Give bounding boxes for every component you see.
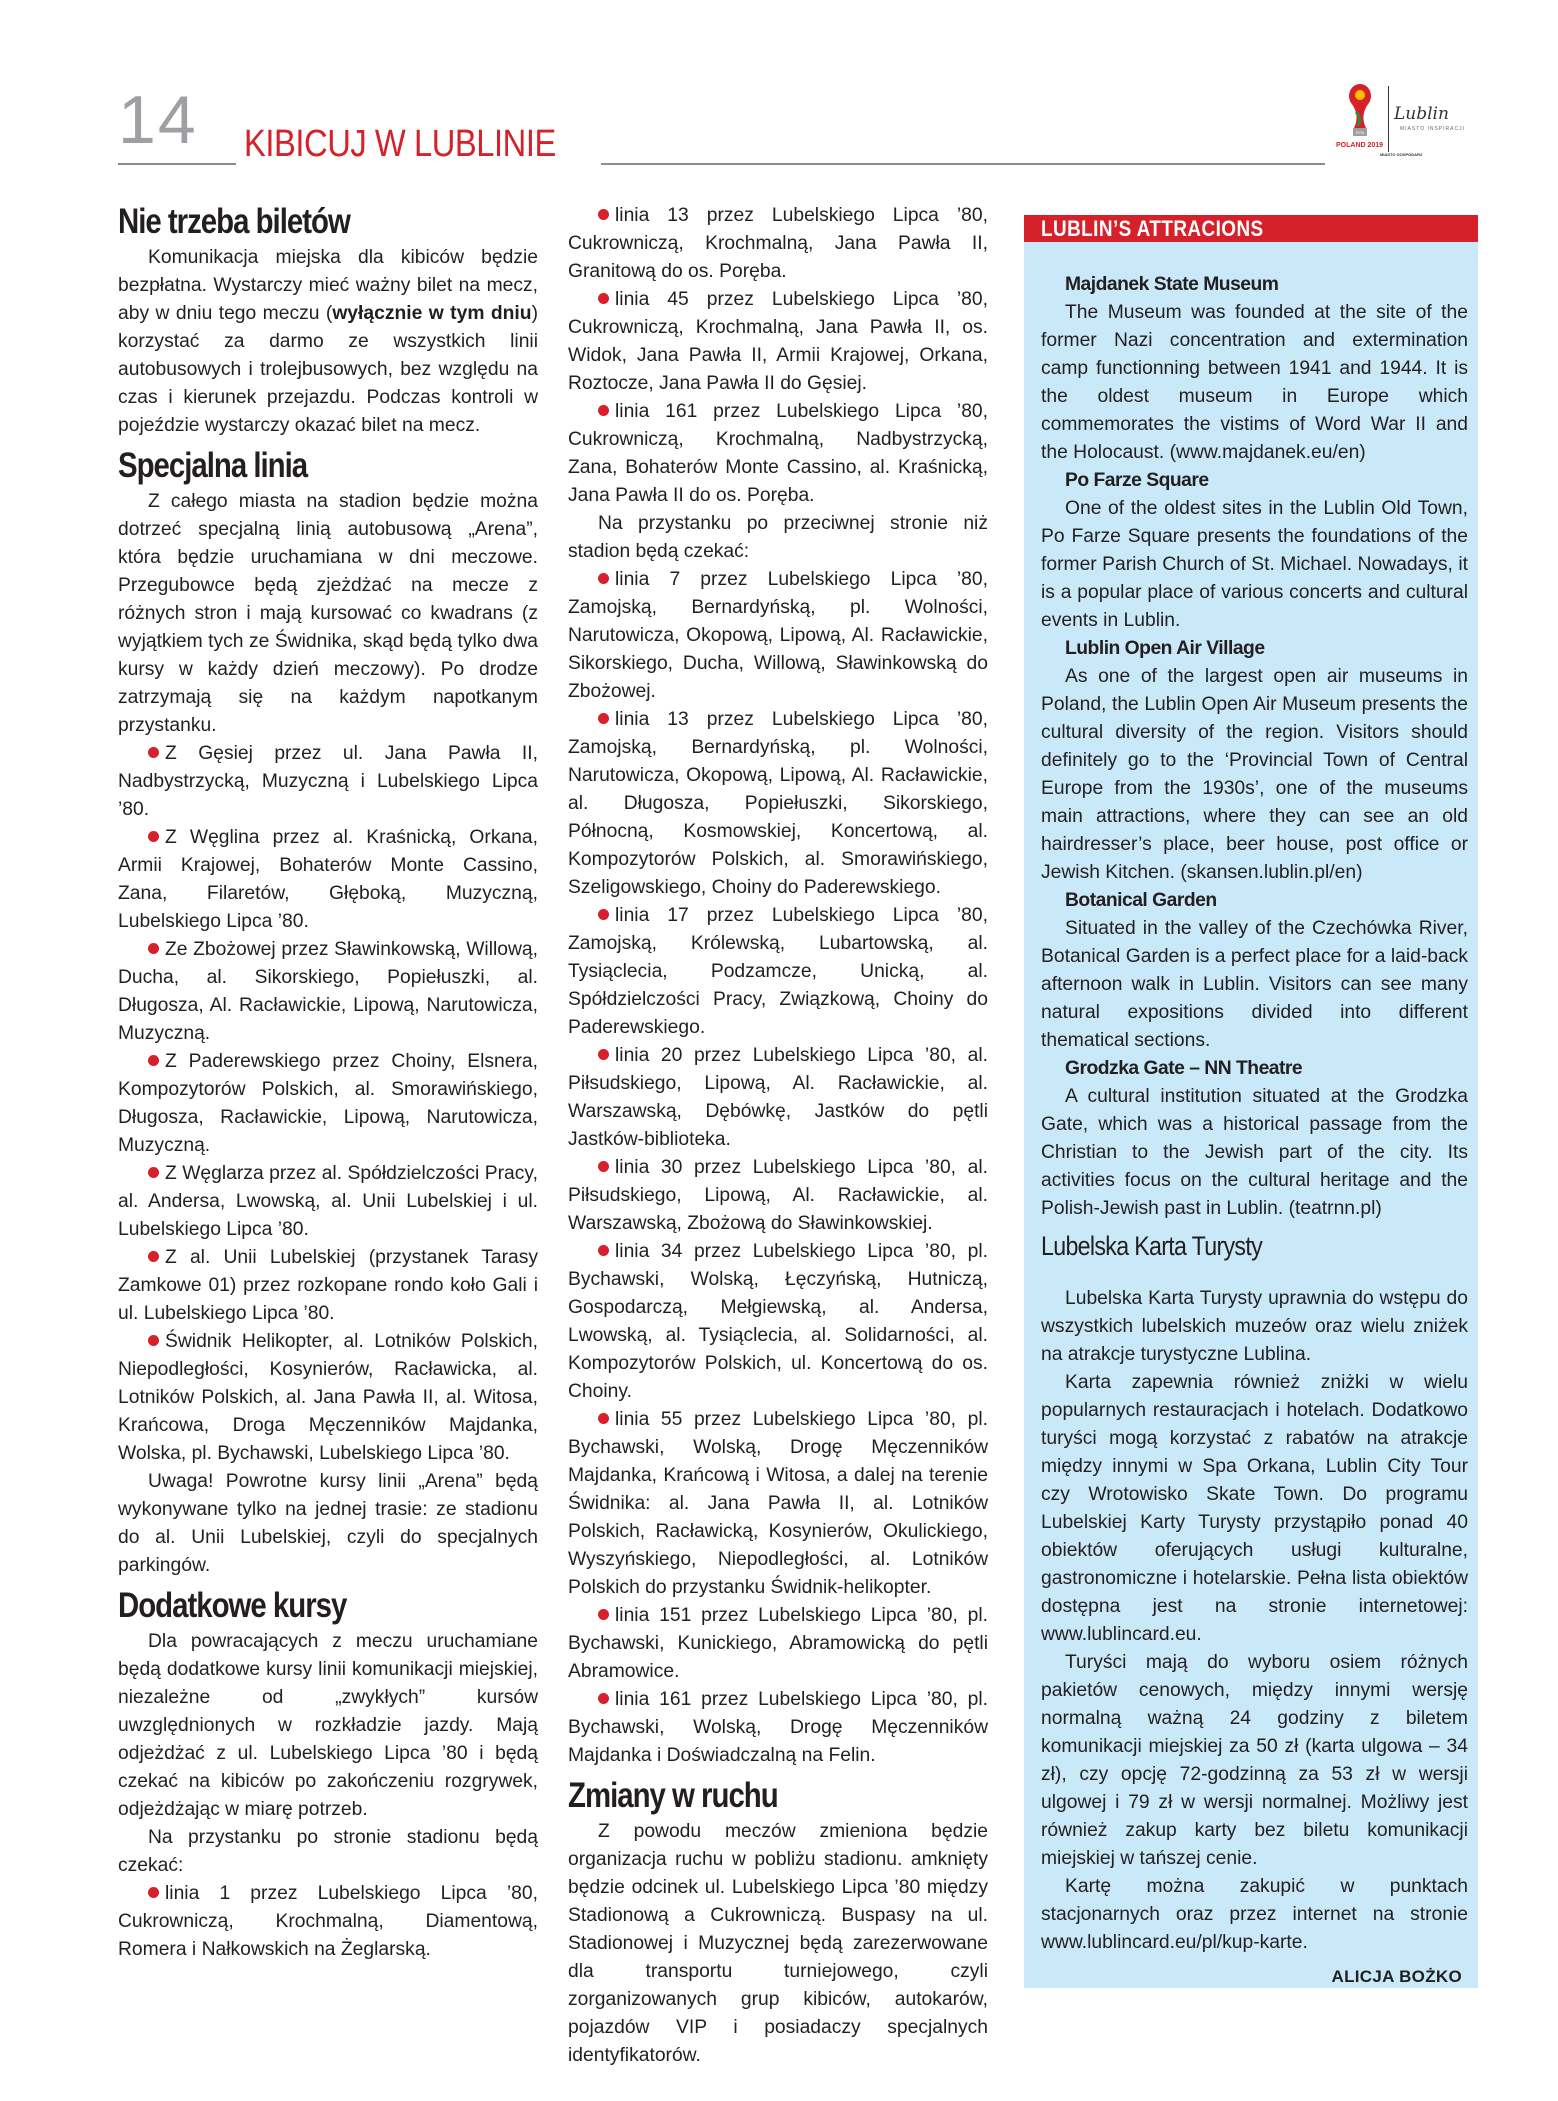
line-text: linia 13 przez Lubelskiego Lipca ’80, Za… xyxy=(568,709,988,898)
lublin-logo-tagline: MIASTO INSPIRACJI xyxy=(1400,126,1465,132)
paragraph-arena-line: Z całego miasta na stadion będzie można … xyxy=(118,488,538,740)
bullet-icon xyxy=(598,293,609,304)
bullet-icon xyxy=(598,405,609,416)
heading-extra-courses: Dodatkowe kursy xyxy=(118,1586,471,1626)
line-item: linia 161 przez Lubelskiego Lipca ’80, p… xyxy=(568,1686,988,1770)
bullet-icon xyxy=(148,1887,159,1898)
line-text: linia 1 przez Lubelskiego Lipca ’80, Cuk… xyxy=(118,1883,538,1960)
bullet-icon xyxy=(598,1049,609,1060)
paragraph-extra-courses: Dla powracających z meczu uruchamiane bę… xyxy=(118,1628,538,1824)
line-text: linia 30 przez Lubelskiego Lipca ’80, al… xyxy=(568,1157,988,1234)
attraction-title: Majdanek State Museum xyxy=(1041,271,1468,299)
line-text: linia 151 przez Lubelskiego Lipca ’80, p… xyxy=(568,1605,988,1682)
heading-special-line: Specjalna linia xyxy=(118,446,471,486)
bullet-icon xyxy=(148,1055,159,1066)
stadium-side-label: Na przystanku po stronie stadionu będą c… xyxy=(118,1824,538,1880)
line-text: linia 55 przez Lubelskiego Lipca ’80, pl… xyxy=(568,1409,988,1598)
route-text: Z Gęsiej przez ul. Jana Pawła II, Nadbys… xyxy=(118,743,538,820)
lublin-logo: Lublin xyxy=(1394,104,1449,124)
bullet-icon xyxy=(598,1413,609,1424)
article-column-2: linia 13 przez Lubelskiego Lipca ’80, Cu… xyxy=(568,202,988,2070)
article-column-1: Nie trzeba biletów Komunikacja miejska d… xyxy=(118,202,538,1964)
bullet-icon xyxy=(148,747,159,758)
attraction-text: The Museum was founded at the site of th… xyxy=(1041,299,1468,467)
header-rule-left xyxy=(118,163,236,165)
line-item: linia 30 przez Lubelskiego Lipca ’80, al… xyxy=(568,1154,988,1238)
route-text: Ze Zbożowej przez Sławinkowską, Willową,… xyxy=(118,939,538,1044)
line-item: linia 1 przez Lubelskiego Lipca ’80, Cuk… xyxy=(118,1880,538,1964)
line-text: linia 17 przez Lubelskiego Lipca ’80, Za… xyxy=(568,905,988,1038)
author-byline: ALICJA BOŻKO xyxy=(1041,1963,1468,1991)
bullet-icon xyxy=(148,1251,159,1262)
attraction-text: One of the oldest sites in the Lublin Ol… xyxy=(1041,495,1468,635)
sidebar-header-title: LUBLIN’S ATTRACIONS xyxy=(1041,216,1264,242)
route-item: Świdnik Helikopter, al. Lotników Polskic… xyxy=(118,1328,538,1468)
route-item: Z Paderewskiego przez Choiny, Elsnera, K… xyxy=(118,1048,538,1160)
bullet-icon xyxy=(148,943,159,954)
route-item: Ze Zbożowej przez Sławinkowską, Willową,… xyxy=(118,936,538,1048)
svg-text:FIFA: FIFA xyxy=(1356,130,1365,135)
route-text: Z Węglina przez al. Kraśnicką, Orkana, A… xyxy=(118,827,538,932)
heading-no-tickets: Nie trzeba biletów xyxy=(118,202,471,242)
page-number: 14 xyxy=(118,86,198,154)
route-item: Z al. Unii Lubelskiej (przystanek Tarasy… xyxy=(118,1244,538,1328)
line-item: linia 45 przez Lubelskiego Lipca ’80, Cu… xyxy=(568,286,988,398)
route-item: Z Gęsiej przez ul. Jana Pawła II, Nadbys… xyxy=(118,740,538,824)
line-item: linia 17 przez Lubelskiego Lipca ’80, Za… xyxy=(568,902,988,1042)
line-text: linia 161 przez Lubelskiego Lipca ’80, p… xyxy=(568,1689,988,1766)
attraction-title: Lublin Open Air Village xyxy=(1041,635,1468,663)
bullet-icon xyxy=(598,713,609,724)
attraction-title: Po Farze Square xyxy=(1041,467,1468,495)
section-title: KIBICUJ W LUBLINIE xyxy=(244,124,556,164)
bullet-icon xyxy=(148,1335,159,1346)
host-city-label: MIASTO GOSPODARZ xyxy=(1380,152,1422,157)
line-item: linia 13 przez Lubelskiego Lipca ’80, Cu… xyxy=(568,202,988,286)
line-item: linia 55 przez Lubelskiego Lipca ’80, pl… xyxy=(568,1406,988,1602)
line-item: linia 7 przez Lubelskiego Lipca ’80, Zam… xyxy=(568,566,988,706)
attraction-text: As one of the largest open air museums i… xyxy=(1041,663,1468,887)
heading-traffic-changes: Zmiany w ruchu xyxy=(568,1776,921,1816)
route-item: Z Węglarza przez al. Spółdzielczości Pra… xyxy=(118,1160,538,1244)
line-item: linia 13 przez Lubelskiego Lipca ’80, Za… xyxy=(568,706,988,902)
bullet-icon xyxy=(598,573,609,584)
line-item: linia 151 przez Lubelskiego Lipca ’80, p… xyxy=(568,1602,988,1686)
line-text: linia 161 przez Lubelskiego Lipca ’80, C… xyxy=(568,401,988,506)
card-paragraph: Karta zapewnia również zniżki w wielu po… xyxy=(1041,1369,1468,1649)
attraction-title: Botanical Garden xyxy=(1041,887,1468,915)
line-text: linia 7 przez Lubelskiego Lipca ’80, Zam… xyxy=(568,569,988,702)
bullet-icon xyxy=(148,831,159,842)
sponsor-logos: FIFA POLAND 2019 MIASTO GOSPODARZ Lublin… xyxy=(1340,82,1470,158)
line-item: linia 34 przez Lubelskiego Lipca ’80, pl… xyxy=(568,1238,988,1406)
route-text: Z Węglarza przez al. Spółdzielczości Pra… xyxy=(118,1163,538,1240)
route-text: Świdnik Helikopter, al. Lotników Polskic… xyxy=(118,1331,538,1464)
paragraph-traffic-changes: Z powodu meczów zmieniona będzie organiz… xyxy=(568,1818,988,2070)
bullet-icon xyxy=(598,1693,609,1704)
logo-divider xyxy=(1388,86,1389,152)
tourist-card-heading: Lubelska Karta Turysty xyxy=(1041,1229,1408,1263)
attraction-text: A cultural institution situated at the G… xyxy=(1041,1083,1468,1223)
route-item: Z Węglina przez al. Kraśnicką, Orkana, A… xyxy=(118,824,538,936)
line-text: linia 20 przez Lubelskiego Lipca ’80, al… xyxy=(568,1045,988,1150)
bullet-icon xyxy=(598,209,609,220)
sidebar-body: Majdanek State Museum The Museum was fou… xyxy=(1041,271,1468,1991)
attraction-title: Grodzka Gate – NN Theatre xyxy=(1041,1055,1468,1083)
line-text: linia 45 przez Lubelskiego Lipca ’80, Cu… xyxy=(568,289,988,394)
line-text: linia 13 przez Lubelskiego Lipca ’80, Cu… xyxy=(568,205,988,282)
opposite-side-label: Na przystanku po przeciwnej stronie niż … xyxy=(568,510,988,566)
bullet-icon xyxy=(598,1161,609,1172)
line-item: linia 20 przez Lubelskiego Lipca ’80, al… xyxy=(568,1042,988,1154)
attractions-sidebar: LUBLIN’S ATTRACIONS Majdanek State Museu… xyxy=(1024,215,1478,1988)
emphasis-text: wyłącznie w tym dniu xyxy=(332,303,531,324)
line-text: linia 34 przez Lubelskiego Lipca ’80, pl… xyxy=(568,1241,988,1402)
route-text: Z al. Unii Lubelskiej (przystanek Tarasy… xyxy=(118,1247,538,1324)
attraction-text: Situated in the valley of the Czechówka … xyxy=(1041,915,1468,1055)
paragraph-free-transport: Komunikacja miejska dla kibiców będzie b… xyxy=(118,244,538,440)
paragraph-return-note: Uwaga! Powrotne kursy linii „Arena” będą… xyxy=(118,1468,538,1580)
tournament-logo-text: POLAND 2019 xyxy=(1336,142,1383,149)
card-paragraph: Lubelska Karta Turysty uprawnia do wstęp… xyxy=(1041,1285,1468,1369)
route-text: Z Paderewskiego przez Choiny, Elsnera, K… xyxy=(118,1051,538,1156)
bullet-icon xyxy=(598,1245,609,1256)
line-item: linia 161 przez Lubelskiego Lipca ’80, C… xyxy=(568,398,988,510)
card-paragraph: Kartę można zakupić w punktach stacjonar… xyxy=(1041,1873,1468,1957)
bullet-icon xyxy=(598,1609,609,1620)
card-paragraph: Turyści mają do wyboru osiem różnych pak… xyxy=(1041,1649,1468,1873)
bullet-icon xyxy=(598,909,609,920)
sidebar-header-bar: LUBLIN’S ATTRACIONS xyxy=(1024,215,1478,242)
bullet-icon xyxy=(148,1167,159,1178)
header-rule-right xyxy=(601,163,1325,165)
